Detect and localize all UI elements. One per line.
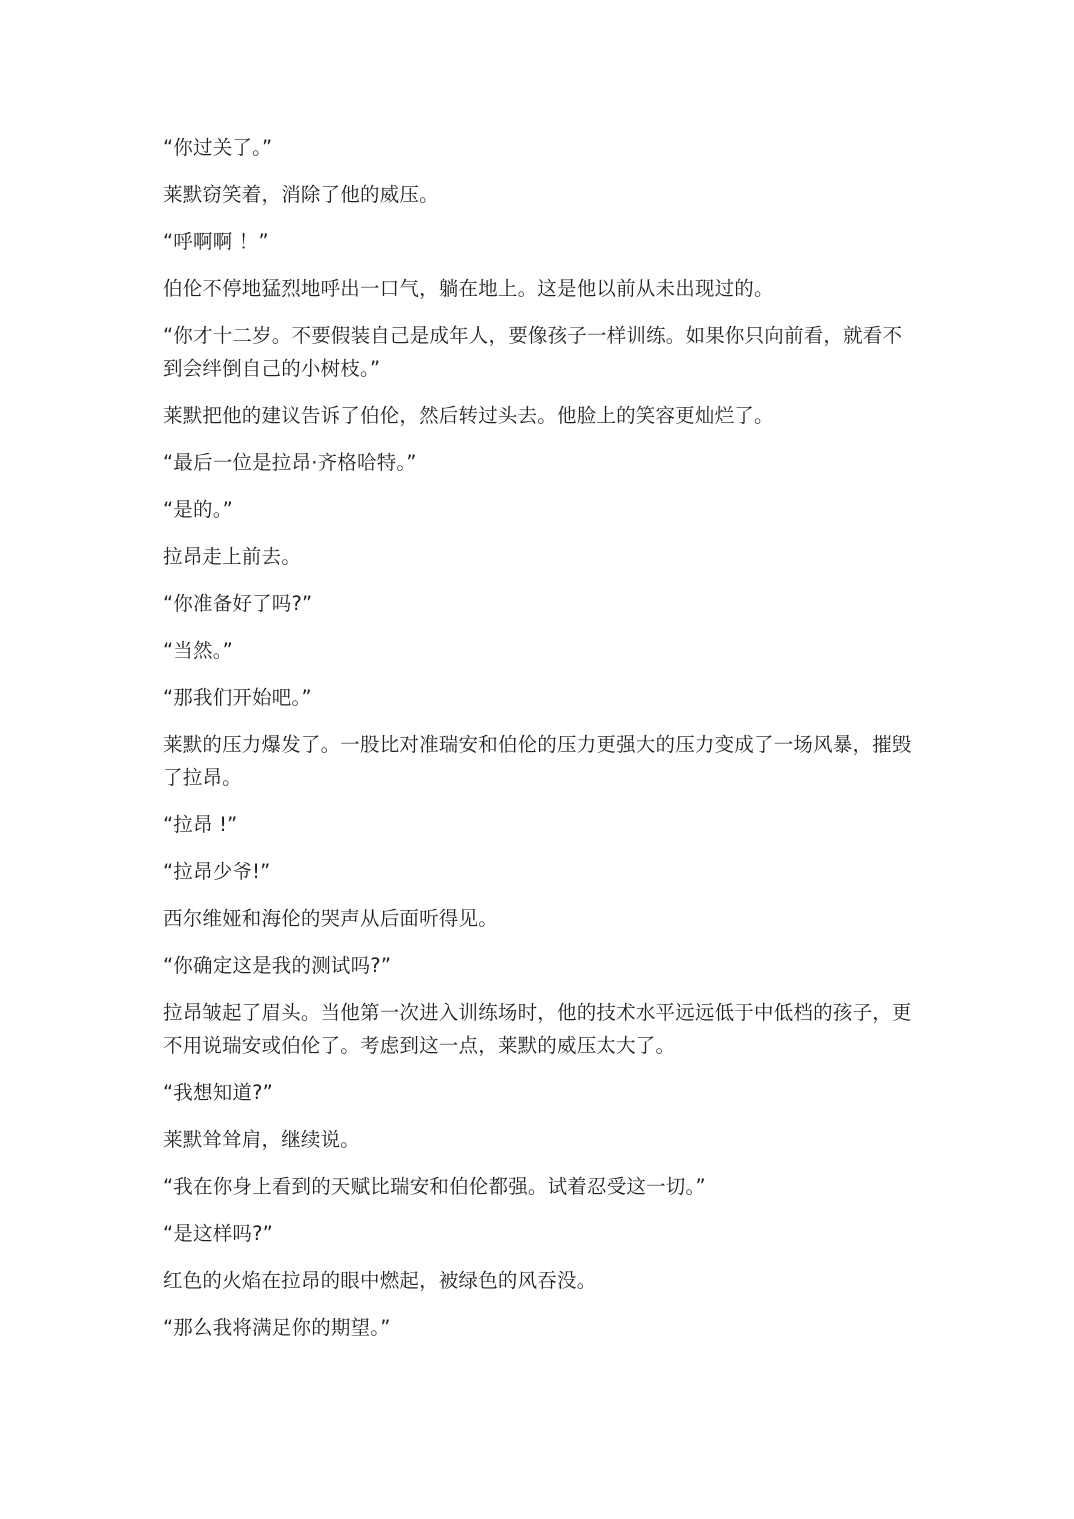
paragraph: “是这样吗?”	[163, 1217, 915, 1250]
paragraph: “你才十二岁。不要假装自己是成年人，要像孩子一样训练。如果你只向前看，就看不到会…	[163, 319, 915, 385]
paragraph: 莱默把他的建议告诉了伯伦，然后转过头去。他脸上的笑容更灿烂了。	[163, 399, 915, 432]
paragraph: “最后一位是拉昂·齐格哈特。”	[163, 446, 915, 479]
paragraph: “是的。”	[163, 493, 915, 526]
paragraph: 莱默的压力爆发了。一股比对准瑞安和伯伦的压力更强大的压力变成了一场风暴，摧毁了拉…	[163, 728, 915, 794]
paragraph: “你准备好了吗?”	[163, 587, 915, 620]
paragraph: “我想知道?”	[163, 1076, 915, 1109]
paragraph: “当然。”	[163, 634, 915, 667]
paragraph: “呼啊啊 ！”	[163, 225, 915, 258]
document-page: “你过关了。” 莱默窃笑着，消除了他的威压。 “呼啊啊 ！” 伯伦不停地猛烈地呼…	[163, 131, 915, 1358]
paragraph: “你确定这是我的测试吗?”	[163, 949, 915, 982]
paragraph: “我在你身上看到的天赋比瑞安和伯伦都强。试着忍受这一切。”	[163, 1170, 915, 1203]
paragraph: 莱默窃笑着，消除了他的威压。	[163, 178, 915, 211]
paragraph: 伯伦不停地猛烈地呼出一口气，躺在地上。这是他以前从未出现过的。	[163, 272, 915, 305]
paragraph: 莱默耸耸肩，继续说。	[163, 1123, 915, 1156]
paragraph: “那么我将满足你的期望。”	[163, 1311, 915, 1344]
paragraph: “拉昂少爷!”	[163, 855, 915, 888]
paragraph: “你过关了。”	[163, 131, 915, 164]
paragraph: 拉昂皱起了眉头。当他第一次进入训练场时，他的技术水平远远低于中低档的孩子，更不用…	[163, 996, 915, 1062]
paragraph: “拉昂 !”	[163, 808, 915, 841]
paragraph: 拉昂走上前去。	[163, 540, 915, 573]
paragraph: “那我们开始吧。”	[163, 681, 915, 714]
paragraph: 红色的火焰在拉昂的眼中燃起，被绿色的风吞没。	[163, 1264, 915, 1297]
paragraph: 西尔维娅和海伦的哭声从后面听得见。	[163, 902, 915, 935]
